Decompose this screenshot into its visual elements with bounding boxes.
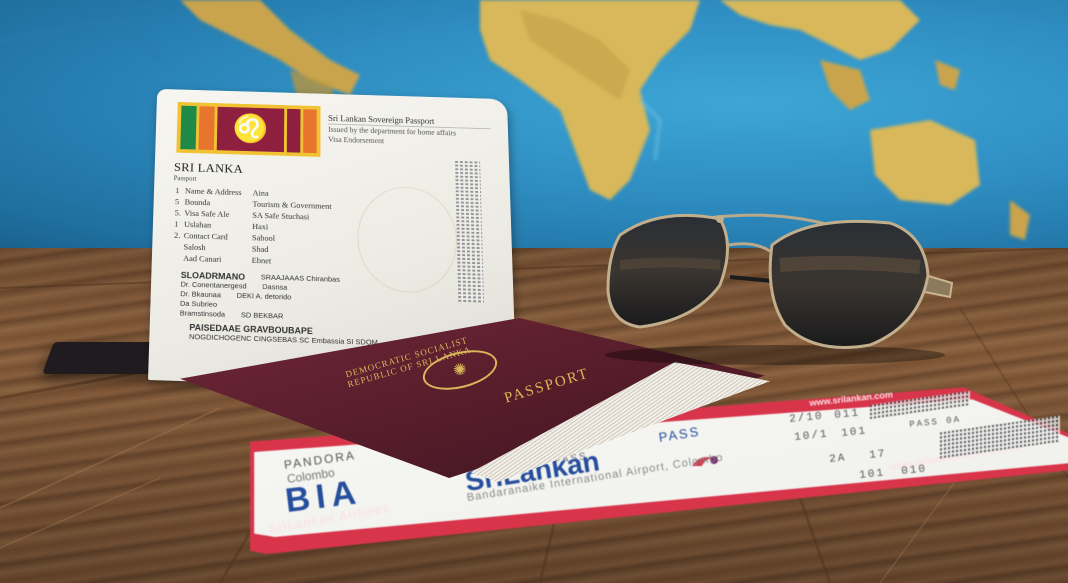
flight-detail: 2A	[829, 452, 847, 466]
aviator-sunglasses	[600, 205, 960, 365]
machine-readable-zone	[455, 161, 484, 303]
sri-lanka-flag-icon: ♌	[176, 102, 320, 157]
issuing-section: SLOADRMANOSRAAJAAAS Chiranbas Dr. Conent…	[180, 270, 340, 323]
personal-fields: 1Name & AddressAina 5BoundaTourism & Gov…	[173, 186, 359, 270]
page-header: Sri Lankan Sovereign Passport Issued by …	[328, 114, 491, 150]
document-type: Passport	[174, 175, 197, 183]
flight-detail: 17	[869, 448, 887, 462]
footer-section: PAISEDAAE GRAVBOUBAPE NOGDICHOGENC CINGS…	[189, 322, 378, 347]
security-watermark	[357, 186, 458, 294]
photo-scene: ♌ Sri Lankan Sovereign Passport Issued b…	[0, 0, 1068, 583]
lion-icon: ♌	[217, 107, 285, 152]
